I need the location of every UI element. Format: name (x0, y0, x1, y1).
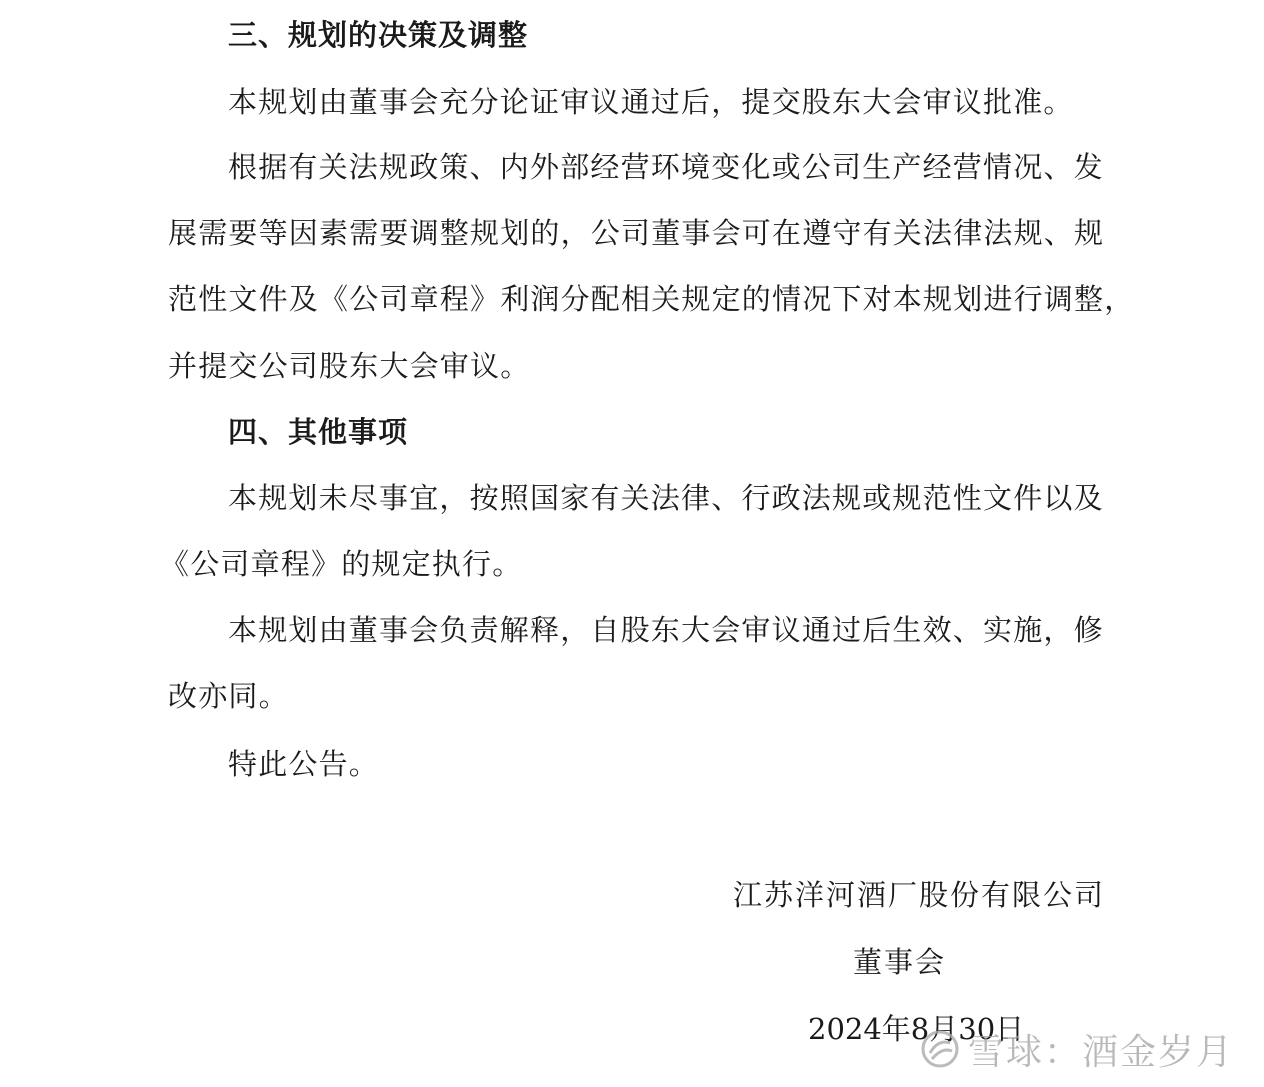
section-heading-decision-adjustment: 三、规划的决策及调整 (228, 17, 528, 53)
paragraph-line: 根据有关法规政策、内外部经营环境变化或公司生产经营情况、发 (228, 149, 1104, 185)
signature-company: 江苏洋河酒厂股份有限公司 (733, 877, 1105, 913)
watermark: 雪球：酒金岁月 (920, 1024, 1234, 1074)
paragraph-line: 范性文件及《公司章程》利润分配相关规定的情况下对本规划进行调整， (168, 281, 1134, 317)
snowball-logo-icon (920, 1029, 960, 1069)
closing-statement: 特此公告。 (228, 746, 379, 782)
paragraph-line: 本规划由董事会负责解释，自股东大会审议通过后生效、实施，修 (228, 612, 1104, 648)
paragraph-line: 并提交公司股东大会审议。 (168, 348, 530, 384)
paragraph-line: 改亦同。 (168, 678, 289, 714)
paragraph-line: 本规划未尽事宜，按照国家有关法律、行政法规或规范性文件以及 (228, 480, 1104, 516)
paragraph-line: 本规划由董事会充分论证审议通过后，提交股东大会审议批准。 (228, 84, 1074, 120)
paragraph-line: 《公司章程》的规定执行。 (160, 546, 522, 582)
section-heading-other-matters: 四、其他事项 (228, 414, 408, 450)
watermark-text: 雪球：酒金岁月 (968, 1024, 1234, 1075)
signature-board: 董事会 (853, 944, 946, 980)
paragraph-line: 展需要等因素需要调整规划的，公司董事会可在遵守有关法律法规、规 (168, 215, 1104, 251)
